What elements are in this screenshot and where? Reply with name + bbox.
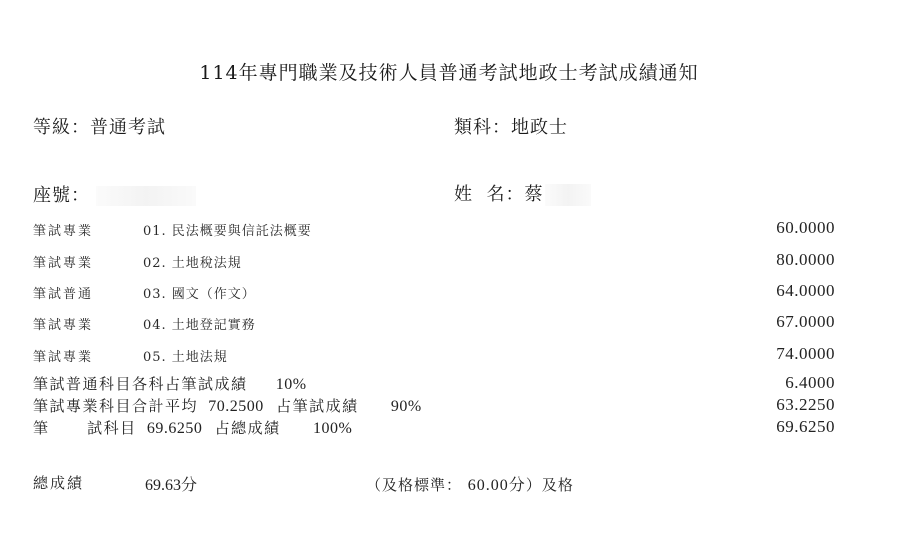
pass-standard-prefix: （及格標準： [366, 476, 462, 494]
subject-type: 筆試專業 [33, 252, 93, 271]
subject-score: 60.0000 [776, 218, 835, 238]
subject-row: 筆試專業 05. 土地法規 74.0000 [0, 342, 898, 366]
subject-name: 03. 國文（作文） [143, 283, 256, 302]
grade-value: 普通考試 [90, 117, 166, 138]
summary-percent: 10% [276, 376, 307, 393]
pass-standard-value: 60.00分 [468, 477, 526, 494]
summary-percent: 100% [313, 420, 352, 437]
summary-professional-row: 筆試專業科目合計平均 70.2500 占筆試成績 90% 63.2250 [0, 395, 898, 415]
summary-average: 70.2500 [208, 398, 264, 415]
summary-score: 6.4000 [785, 373, 835, 393]
name-redacted [545, 184, 591, 206]
name-label: 姓 名： [454, 184, 524, 205]
exam-grade: 等級：普通考試 [33, 113, 166, 139]
subject-name: 01. 民法概要與信託法概要 [143, 220, 312, 239]
subject-type: 筆試專業 [33, 346, 93, 365]
total-score-value: 69.63分 [145, 472, 197, 495]
summary-general-row: 筆試普通科目各科占筆試成績 10% 6.4000 [0, 373, 898, 393]
summary-text-b: 占總成績 [215, 419, 281, 437]
pass-result: ）及格 [526, 476, 574, 494]
summary-label: 筆試專業科目合計平均 70.2500 占筆試成績 90% [33, 395, 422, 416]
subject-row: 筆試普通 03. 國文（作文） 64.0000 [0, 279, 898, 303]
seat-number: 座號： [33, 181, 196, 207]
subject-score: 74.0000 [776, 344, 835, 364]
grade-label: 等級： [33, 117, 90, 138]
total-score-label: 總成績 [33, 472, 84, 493]
category-value: 地政士 [511, 117, 568, 138]
summary-text: 筆 試科目 [33, 419, 137, 437]
summary-label: 筆試普通科目各科占筆試成績 10% [33, 373, 307, 394]
summary-text: 筆試普通科目各科占筆試成績 [33, 375, 248, 393]
subject-score: 64.0000 [776, 281, 835, 301]
summary-percent: 90% [391, 398, 422, 415]
summary-label: 筆 試科目 69.6250 占總成績 100% [33, 417, 352, 438]
category-label: 類科： [454, 117, 511, 138]
document-title: 114年專門職業及技術人員普通考試地政士考試成績通知 [0, 58, 898, 85]
subject-type: 筆試專業 [33, 220, 93, 239]
summary-text: 筆試專業科目合計平均 [33, 397, 198, 415]
summary-text-b: 占筆試成績 [276, 397, 359, 415]
subject-row: 筆試專業 02. 土地稅法規 80.0000 [0, 248, 898, 272]
subject-row: 筆試專業 04. 土地登記實務 67.0000 [0, 310, 898, 334]
subject-row: 筆試專業 01. 民法概要與信託法概要 60.0000 [0, 216, 898, 240]
exam-category: 類科：地政士 [454, 113, 568, 139]
subject-name: 05. 土地法規 [143, 346, 228, 365]
summary-score: 63.2250 [776, 395, 835, 415]
subject-name: 04. 土地登記實務 [143, 314, 256, 333]
seat-label: 座號： [33, 185, 90, 206]
name-value: 蔡 [524, 184, 543, 205]
examinee-name: 姓 名：蔡 [454, 180, 591, 206]
summary-written-score: 69.6250 [147, 420, 203, 437]
subject-score: 80.0000 [776, 250, 835, 270]
summary-score: 69.6250 [776, 417, 835, 437]
seat-redacted [96, 186, 196, 206]
subject-name: 02. 土地稅法規 [143, 252, 242, 271]
subject-type: 筆試專業 [33, 314, 93, 333]
pass-standard: （及格標準： 60.00分）及格 [366, 472, 574, 495]
summary-written-row: 筆 試科目 69.6250 占總成績 100% 69.6250 [0, 417, 898, 437]
subject-type: 筆試普通 [33, 283, 93, 302]
subject-score: 67.0000 [776, 312, 835, 332]
